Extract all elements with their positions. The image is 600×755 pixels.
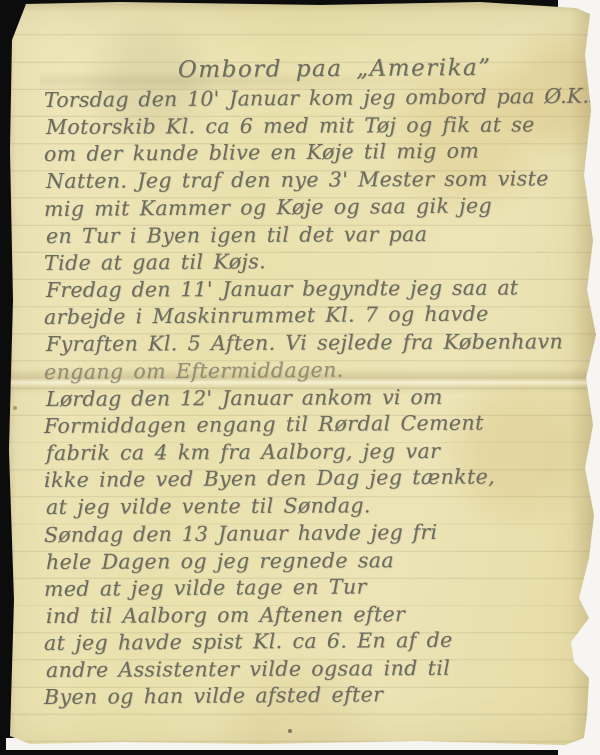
paper-vignette xyxy=(0,0,600,755)
letter-paper-sheet: Ombord paa „Amerika” Torsdag den 10' Jan… xyxy=(0,0,600,755)
